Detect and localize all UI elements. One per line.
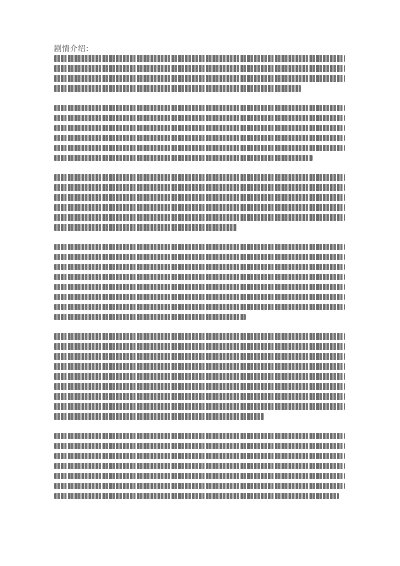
text-line <box>54 343 345 350</box>
text-line <box>54 105 345 112</box>
text-line <box>54 403 345 410</box>
text-line <box>54 184 345 191</box>
text-line <box>54 155 313 162</box>
paragraph-list <box>54 55 345 499</box>
text-line <box>54 204 345 211</box>
text-line <box>54 145 345 152</box>
text-line <box>54 373 345 380</box>
text-line <box>54 463 345 470</box>
text-line <box>54 314 246 321</box>
text-line <box>54 135 345 142</box>
text-line <box>54 75 345 82</box>
text-line <box>54 214 345 221</box>
text-line <box>54 413 264 420</box>
text-line <box>54 65 345 72</box>
text-line <box>54 174 345 181</box>
text-line <box>54 453 345 460</box>
text-line <box>54 353 345 360</box>
text-line <box>54 473 345 480</box>
paragraph <box>54 174 345 231</box>
text-line <box>54 115 345 122</box>
text-line <box>54 363 345 370</box>
paragraph <box>54 55 345 92</box>
text-line <box>54 254 345 261</box>
text-line <box>54 443 345 450</box>
paragraph <box>54 244 345 321</box>
document-page: 剧情介绍: <box>0 0 400 566</box>
text-line <box>54 125 345 132</box>
paragraph <box>54 105 345 162</box>
text-line <box>54 55 345 62</box>
text-line <box>54 483 345 490</box>
text-line <box>54 274 345 281</box>
text-line <box>54 264 345 271</box>
paragraph <box>54 433 345 500</box>
text-content: 剧情介绍: <box>54 44 345 499</box>
text-line <box>54 244 345 251</box>
text-line <box>54 85 301 92</box>
document-heading: 剧情介绍: <box>54 44 345 54</box>
text-line <box>54 304 345 311</box>
text-line <box>54 194 345 201</box>
text-line <box>54 383 345 390</box>
text-line <box>54 493 339 500</box>
text-line <box>54 224 237 231</box>
text-line <box>54 294 345 301</box>
text-line <box>54 393 345 400</box>
text-line <box>54 333 345 340</box>
text-line <box>54 433 345 440</box>
text-line <box>54 284 345 291</box>
paragraph <box>54 333 345 420</box>
